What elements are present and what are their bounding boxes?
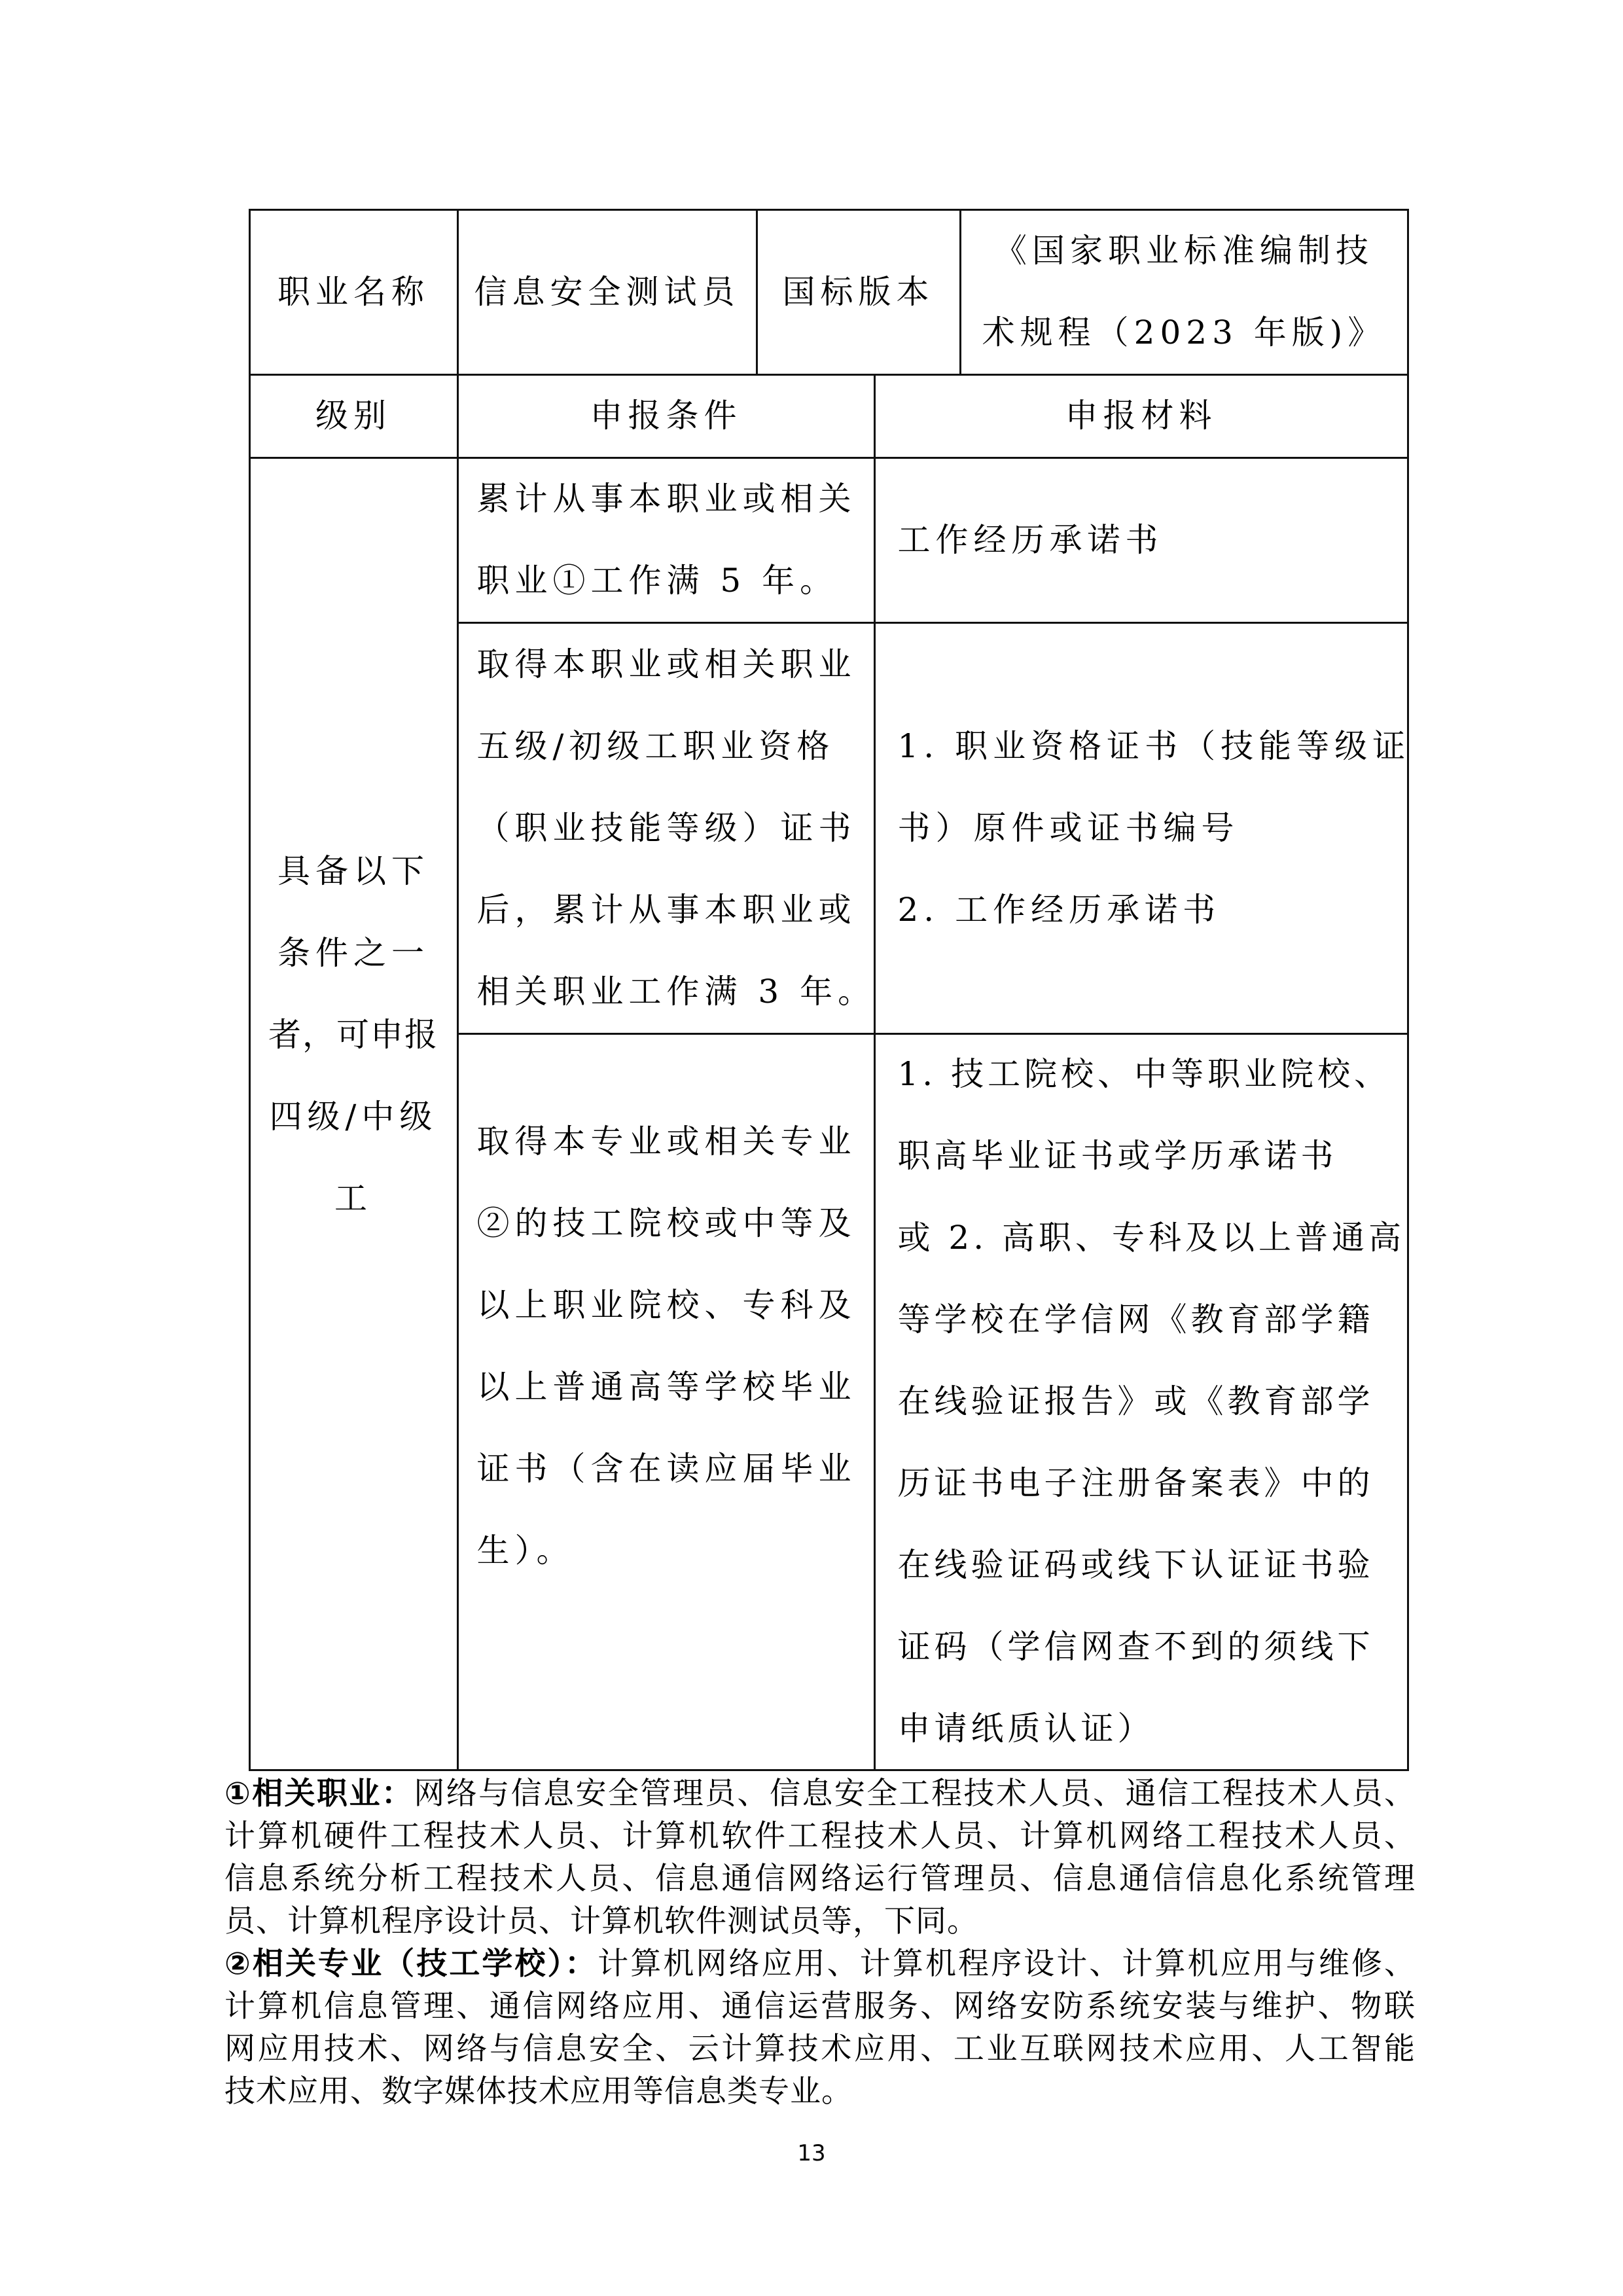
condition-line: ②的技工院校或中等及 xyxy=(477,1183,874,1265)
table-row-1-conditions: 累计从事本职业或相关 职业①工作满 5 年。 xyxy=(457,457,876,624)
footnote-related-occupations: ①相关职业：网络与信息安全管理员、信息安全工程技术人员、通信工程技术人员、 计算… xyxy=(224,1772,1416,1943)
condition-line: 以上普通高等学校毕业 xyxy=(477,1346,874,1428)
material-line: 工作经历承诺书 xyxy=(898,499,1407,581)
occupation-name-cell: 信息安全测试员 xyxy=(457,209,758,376)
footnote-text: 信息系统分析工程技术人员、信息通信网络运行管理员、信息通信信息化系统管理 xyxy=(224,1857,1416,1900)
level-header-text: 级别 xyxy=(315,375,391,457)
occupation-label-cell: 职业名称 xyxy=(249,209,459,376)
occupation-label: 职业名称 xyxy=(277,251,429,333)
standard-version-line: 《国家职业标准编制技 xyxy=(994,210,1374,292)
footnote-text: 技术应用、数字媒体技术应用等信息类专业。 xyxy=(224,2070,1416,2113)
occupation-name: 信息安全测试员 xyxy=(474,251,740,333)
condition-line: 累计从事本职业或相关 xyxy=(477,458,874,540)
table-row-1-materials: 工作经历承诺书 xyxy=(874,457,1409,624)
material-line: 2. 工作经历承诺书 xyxy=(898,869,1407,951)
footnote-text: 网络与信息安全管理员、信息安全工程技术人员、通信工程技术人员、 xyxy=(414,1776,1416,1812)
material-line: 证码（学信网查不到的须线下 xyxy=(898,1606,1407,1688)
materials-header-text: 申报材料 xyxy=(1065,375,1217,457)
column-header-conditions: 申报条件 xyxy=(457,374,876,459)
footnote-related-majors: ②相关专业（技工学校）：计算机网络应用、计算机程序设计、计算机应用与维修、 计算… xyxy=(224,1943,1416,2113)
column-header-level: 级别 xyxy=(249,374,459,459)
level-line: 条件之一 xyxy=(277,912,429,994)
column-header-materials: 申报材料 xyxy=(874,374,1409,459)
table-row-3-conditions: 取得本专业或相关专业 ②的技工院校或中等及 以上职业院校、专科及 以上普通高等学… xyxy=(457,1033,876,1771)
conditions-header-text: 申报条件 xyxy=(590,375,742,457)
material-line: 历证书电子注册备案表》中的 xyxy=(898,1443,1407,1524)
footnote-text: 员、计算机程序设计员、计算机软件测试员等，下同。 xyxy=(224,1900,1416,1943)
level-line: 工 xyxy=(334,1158,372,1240)
table-row-3-materials: 1. 技工院校、中等职业院校、 职高毕业证书或学历承诺书 或 2. 高职、专科及… xyxy=(874,1033,1409,1771)
material-line: 在线验证码或线下认证证书验 xyxy=(898,1524,1407,1606)
material-line: 职高毕业证书或学历承诺书 xyxy=(898,1115,1407,1197)
condition-line: 以上职业院校、专科及 xyxy=(477,1265,874,1346)
condition-line: 后，累计从事本职业或 xyxy=(477,869,874,951)
condition-line: （职业技能等级）证书 xyxy=(477,787,874,869)
standard-label-cell: 国标版本 xyxy=(756,209,961,376)
material-line: 书）原件或证书编号 xyxy=(898,787,1407,869)
table-row-2-conditions: 取得本职业或相关职业 五级/初级工职业资格 （职业技能等级）证书 后，累计从事本… xyxy=(457,622,876,1035)
condition-line: 取得本职业或相关职业 xyxy=(477,624,874,706)
footnote-label: ②相关专业（技工学校）： xyxy=(224,1946,597,1982)
material-line: 1. 技工院校、中等职业院校、 xyxy=(898,1033,1407,1115)
material-line: 或 2. 高职、专科及以上普通高 xyxy=(898,1197,1407,1279)
standard-version-cell: 《国家职业标准编制技 术规程（2023 年版)》 xyxy=(959,209,1409,376)
material-line: 申请纸质认证） xyxy=(898,1688,1407,1770)
table-row-2-materials: 1. 职业资格证书（技能等级证 书）原件或证书编号 2. 工作经历承诺书 xyxy=(874,622,1409,1035)
footnote-text: 计算机硬件工程技术人员、计算机软件工程技术人员、计算机网络工程技术人员、 xyxy=(224,1815,1416,1857)
standard-label: 国标版本 xyxy=(783,251,935,333)
level-line: 四级/中级 xyxy=(270,1076,438,1158)
condition-line: 五级/初级工职业资格 xyxy=(477,706,874,787)
material-line: 1. 职业资格证书（技能等级证 xyxy=(898,706,1407,787)
material-line: 等学校在学信网《教育部学籍 xyxy=(898,1279,1407,1361)
level-cell: 具备以下 条件之一 者，可申报 四级/中级 工 xyxy=(249,457,459,1771)
footnote-text: 计算机网络应用、计算机程序设计、计算机应用与维修、 xyxy=(597,1946,1416,1982)
footnote-text: 计算机信息管理、通信网络应用、通信运营服务、网络安防系统安装与维护、物联 xyxy=(224,1985,1416,2028)
level-line: 具备以下 xyxy=(277,831,429,912)
condition-line: 职业①工作满 5 年。 xyxy=(477,540,874,622)
material-line: 在线验证报告》或《教育部学 xyxy=(898,1361,1407,1443)
page-number: 13 xyxy=(785,2140,838,2166)
condition-line: 证书（含在读应届毕业 xyxy=(477,1428,874,1510)
footnote-label: ①相关职业： xyxy=(224,1776,414,1812)
level-line: 者，可申报 xyxy=(268,994,438,1076)
condition-line: 生）。 xyxy=(477,1510,874,1592)
footnote-text: 网应用技术、网络与信息安全、云计算技术应用、工业互联网技术应用、人工智能 xyxy=(224,2028,1416,2070)
condition-line: 相关职业工作满 3 年。 xyxy=(477,951,874,1033)
standard-version-line: 术规程（2023 年版)》 xyxy=(982,292,1386,374)
condition-line: 取得本专业或相关专业 xyxy=(477,1101,874,1183)
